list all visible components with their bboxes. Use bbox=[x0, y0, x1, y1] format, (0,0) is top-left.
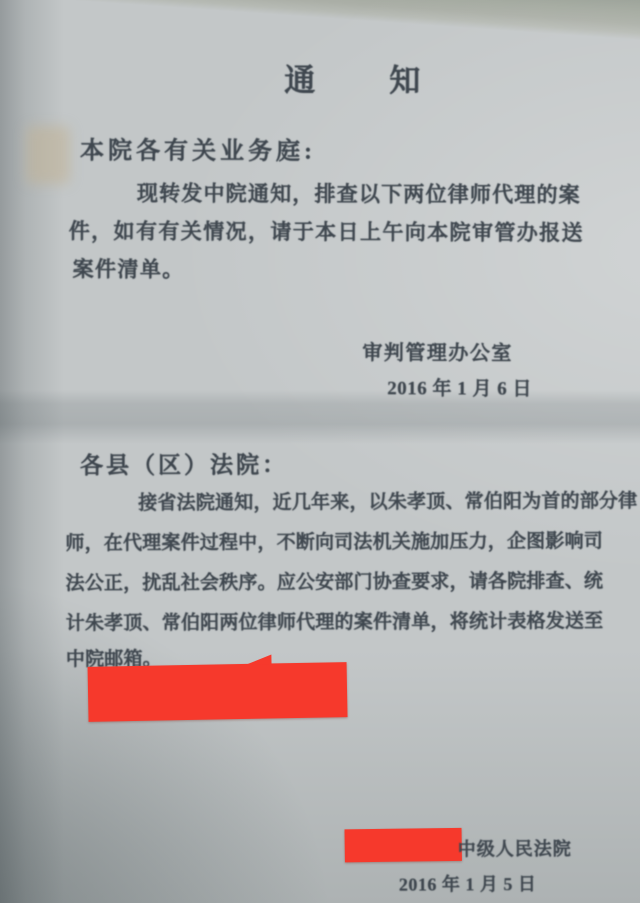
issuer-date: 2016 年 1 月 5 日 bbox=[399, 870, 537, 897]
paragraph-line: 法公正，扰乱社会秩序。应公安部门协查要求，请各院排查、统 bbox=[66, 566, 604, 595]
paragraph-line: 师，在代理案件过程中，不断向司法机关施加压力，企图影响司 bbox=[65, 526, 603, 555]
notice-page-2: 各县（区）法院： 接省法院通知，近几年来，以朱孝顶、常伯阳为首的部分律 师，在代… bbox=[0, 0, 640, 903]
redaction-block bbox=[345, 828, 462, 863]
salutation-line: 各县（区）法院： bbox=[80, 446, 288, 480]
redaction-block bbox=[88, 662, 348, 722]
document-photo: 通 知 本院各有关业务庭: 现转发中院通知，排查以下两位律师代理的案 件，如有有… bbox=[0, 0, 640, 903]
paragraph-line: 计朱孝顶、常伯阳两位律师代理的案件清单，将统计表格发送至 bbox=[66, 606, 604, 635]
paragraph-line: 接省法院通知，近几年来，以朱孝顶、常伯阳为首的部分律 bbox=[138, 486, 637, 515]
issuer-court-name: 中级人民法院 bbox=[458, 835, 572, 861]
